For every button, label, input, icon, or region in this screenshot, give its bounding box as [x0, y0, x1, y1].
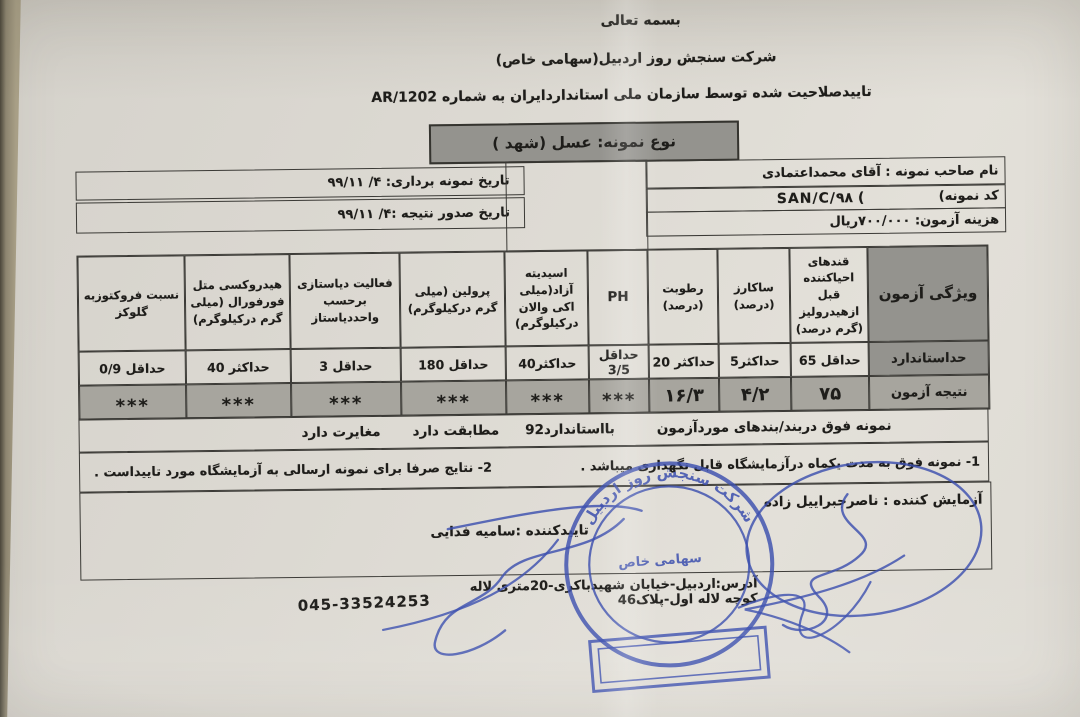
header-cell-5: پرولین (میلی گرم درکیلوگرم) — [399, 251, 505, 347]
result-cell-8: *** — [79, 384, 186, 419]
owner-name-text: نام صاحب نمونه : آقای محمداعتمادی — [762, 163, 999, 181]
result-cell-4: *** — [506, 379, 589, 414]
standard-cell-2: حداکثر 20 — [649, 344, 719, 379]
conformity-statement: نمونه فوق دربند/بندهای موردآزمون — [657, 418, 892, 437]
standard-cell-1: حداکثر5 — [719, 343, 791, 378]
result-cell-2: ۱۶/۳ — [649, 378, 719, 413]
result-cell-5: *** — [401, 380, 506, 415]
test-cost-row: هزینه آزمون: ۷۰۰/۰۰۰ریال — [646, 207, 1006, 236]
header-cell-4: اسیدیته آزاد(میلی اکی والان درکیلوگرم) — [504, 250, 588, 346]
result-cell-7: *** — [186, 383, 291, 418]
issue-date-text: تاریخ صدور نتیجه :۴/ ۹۹/۱۱ — [337, 205, 510, 222]
company-name: شرکت سنجش روز اردبیل(سهامی خاص) — [436, 48, 836, 69]
result-cell-6: *** — [291, 382, 401, 417]
tester-line: آزمایش کننده : ناصرجبراییل زاده — [764, 492, 983, 511]
accreditation-line: تاییدصلاحیت شده توسط سازمان ملی استاندار… — [351, 84, 891, 107]
conformity-not-conforms: مغایرت دارد — [301, 424, 380, 441]
header-cell-1: ساکارز (درصد) — [717, 248, 790, 344]
conformity-conforms: مطابقت دارد — [412, 423, 499, 440]
approver-line: تاییدکننده :سامیه فدایی — [430, 522, 589, 540]
note-2: 2- نتایج صرفا برای نمونه ارسالی به آزمای… — [94, 460, 492, 480]
header-cell-6: فعالیت دیاستازی برحسب واحددیاستاز — [289, 253, 400, 349]
standard-cell-4: حداکثر40 — [506, 345, 589, 380]
signature-box: آزمایش کننده : ناصرجبراییل زاده تاییدکنن… — [79, 481, 992, 580]
stamp-banner — [590, 627, 770, 691]
standard-cell-5: حداقل 180 — [401, 346, 506, 381]
results-table: ویژگی آزمونقندهای احیاکننده قبل ازهیدرول… — [76, 245, 990, 421]
issue-date-row: تاریخ صدور نتیجه :۴/ ۹۹/۱۱ — [76, 197, 525, 233]
sampling-date-text: تاریخ نمونه برداری: ۴/ ۹۹/۱۱ — [327, 173, 509, 190]
standard-cell-3: حداقل 3/5 — [589, 345, 649, 380]
certificate-document: بسمه تعالی شرکت سنجش روز اردبیل(سهامی خا… — [0, 0, 1080, 717]
sample-type-text: نوع نمونه: عسل (شهد ) — [492, 132, 676, 152]
standard-cell-7: حداکثر 40 — [186, 349, 291, 384]
standard-cell-0: حداقل 65 — [791, 342, 869, 377]
sample-code-paren: ( — [939, 189, 945, 204]
header-cell-2: رطوبت (درصد) — [647, 249, 718, 345]
row-label-standard: حداستاندارد — [869, 341, 989, 376]
address-line: آدرس:اردبیل-خیابان شهیدباکری-20متری لاله… — [457, 576, 757, 610]
sample-code-label: کد نمونه — [945, 188, 999, 204]
empty-cell — [505, 160, 648, 253]
header-cell-0: قندهای احیاکننده قبل ازهیدرولیز (گرم درص… — [789, 247, 868, 343]
standard-cell-6: حداقل 3 — [291, 348, 401, 383]
header-cell-7: هیدروکسی متل فورفورال (میلی گرم درکیلوگر… — [184, 254, 290, 350]
result-cell-1: ۴/۲ — [719, 377, 791, 412]
sample-type-banner: نوع نمونه: عسل (شهد ) — [429, 121, 739, 165]
conformity-standard-ref: بااستاندارد92 — [525, 421, 615, 438]
sampling-date-row: تاریخ نمونه برداری: ۴/ ۹۹/۱۱ — [75, 166, 524, 200]
test-cost-text: هزینه آزمون: ۷۰۰/۰۰۰ریال — [829, 212, 999, 229]
result-cell-0: ۷۵ — [791, 376, 869, 411]
photographed-document: { "header": { "bismillah": "بسمه تعالی",… — [0, 0, 1080, 717]
phone-number: 045-33524253 — [297, 592, 431, 615]
header-cell-8: نسبت فروکتوزبه گلوکز — [77, 255, 185, 351]
header-cell-3: PH — [587, 250, 648, 346]
row-label-header: ویژگی آزمون — [867, 246, 988, 342]
result-cell-3: *** — [589, 379, 649, 414]
note-1: 1- نمونه فوق به مدت یکماه درآزمایشگاه قا… — [580, 454, 980, 474]
sample-code-value: SAN/C/۹۸ ( — [777, 190, 865, 207]
standard-cell-8: حداقل 0/9 — [79, 350, 186, 385]
bismillah-line: بسمه تعالی — [536, 11, 746, 30]
row-label-result: نتیجه آزمون — [869, 375, 989, 410]
